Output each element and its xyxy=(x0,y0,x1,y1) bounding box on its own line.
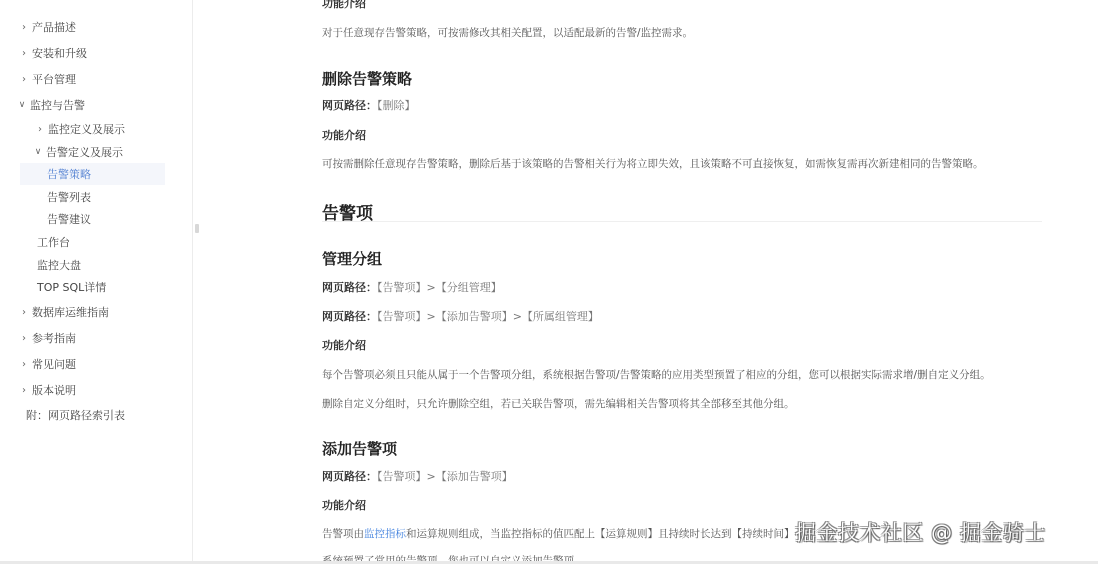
sidebar-item-label: 告警策略 xyxy=(47,166,91,182)
func-intro-label: 功能介绍 xyxy=(322,127,366,143)
sidebar-item-label: 常见问题 xyxy=(32,356,76,372)
sidebar-item-path-index[interactable]: 附：网页路径索引表 xyxy=(26,404,125,426)
web-path-add: 网页路径：【告警项】>【添加告警项】 xyxy=(322,468,513,484)
edit-policy-desc: 对于任意现存告警策略，可按需修改其相关配置，以适配最新的告警/监控需求。 xyxy=(322,25,693,40)
add-item-desc: 告警项由监控指标和运算规则组成，当监控指标的值匹配上【运算规则】且持续时长达到【… xyxy=(322,526,795,541)
sidebar-item-ref-guide[interactable]: › 参考指南 xyxy=(18,327,76,349)
monitor-metric-link[interactable]: 监控指标 xyxy=(364,528,406,540)
group-desc-1: 每个告警项必须且只能从属于一个告警项分组，系统根据告警项/告警策略的应用类型预置… xyxy=(322,367,991,382)
watermark-text: 掘金技术社区 @ 掘金骑士 xyxy=(795,517,1046,547)
chevron-right-icon: › xyxy=(18,359,30,370)
sidebar-item-label: 告警列表 xyxy=(47,189,91,205)
sidebar-resize-handle[interactable] xyxy=(195,224,199,233)
sidebar-item-label: 告警定义及展示 xyxy=(46,144,123,160)
path-value: 【告警项】>【分组管理】 xyxy=(377,281,502,294)
add-alert-item-heading: 添加告警项 xyxy=(322,438,397,459)
sidebar-item-label: 监控与告警 xyxy=(30,97,85,113)
chevron-right-icon: › xyxy=(34,124,46,135)
sidebar-item-label: 监控定义及展示 xyxy=(48,121,125,137)
func-intro-label: 功能介绍 xyxy=(322,337,366,353)
sidebar-item-monitor-def[interactable]: › 监控定义及展示 xyxy=(34,118,125,140)
func-intro-label: 功能介绍 xyxy=(322,497,366,513)
delete-policy-heading: 删除告警策略 xyxy=(322,68,412,89)
path-label: 网页路径： xyxy=(322,310,377,323)
chevron-right-icon: › xyxy=(18,307,30,318)
sidebar-item-dashboard[interactable]: 监控大盘 xyxy=(37,254,81,276)
chevron-right-icon: › xyxy=(18,48,30,59)
sidebar-item-platform-mgmt[interactable]: › 平台管理 xyxy=(18,68,76,90)
sidebar-item-label: 产品描述 xyxy=(32,19,76,35)
path-label: 网页路径： xyxy=(322,470,377,483)
sidebar-item-db-ops[interactable]: › 数据库运维指南 xyxy=(18,301,109,323)
chevron-down-icon: ∨ xyxy=(16,100,28,110)
sidebar-item-alert-def[interactable]: ∨ 告警定义及展示 xyxy=(32,141,123,163)
web-path-delete: 网页路径：【删除】 xyxy=(322,97,416,113)
chevron-right-icon: › xyxy=(18,385,30,396)
sidebar-item-product-desc[interactable]: › 产品描述 xyxy=(18,16,76,38)
desc-text: 告警项由 xyxy=(322,528,364,540)
chevron-down-icon: ∨ xyxy=(32,147,44,157)
func-intro-label: 功能介绍 xyxy=(322,0,366,11)
sidebar-item-label: 安装和升级 xyxy=(32,45,87,61)
path-label: 网页路径： xyxy=(322,99,377,112)
path-value: 【删除】 xyxy=(377,99,416,112)
sidebar-item-label: 工作台 xyxy=(37,234,70,250)
sidebar-item-monitor-alert[interactable]: ∨ 监控与告警 xyxy=(16,94,85,116)
sidebar-item-label: 附：网页路径索引表 xyxy=(26,407,125,423)
manage-group-heading: 管理分组 xyxy=(322,248,382,269)
sidebar-item-label: 监控大盘 xyxy=(37,257,81,273)
sidebar-item-alert-list[interactable]: 告警列表 xyxy=(47,186,91,208)
sidebar-item-alert-policy[interactable]: 告警策略 xyxy=(20,163,165,185)
group-desc-2: 删除自定义分组时，只允许删除空组，若已关联告警项，需先编辑相关告警项将其全部移至… xyxy=(322,396,795,411)
sidebar-item-label: 告警建议 xyxy=(47,211,91,227)
chevron-right-icon: › xyxy=(18,22,30,33)
sidebar-item-label: 平台管理 xyxy=(32,71,76,87)
web-path-group-1: 网页路径：【告警项】>【分组管理】 xyxy=(322,279,502,295)
web-path-group-2: 网页路径：【告警项】>【添加告警项】>【所属组管理】 xyxy=(322,308,599,324)
sidebar-nav: › 产品描述 › 安装和升级 › 平台管理 ∨ 监控与告警 › 监控定义及展示 … xyxy=(0,0,193,564)
sidebar-item-install-upgrade[interactable]: › 安装和升级 xyxy=(18,42,87,64)
path-value: 【告警项】>【添加告警项】 xyxy=(377,470,513,483)
section-divider xyxy=(322,221,1042,222)
sidebar-item-top-sql[interactable]: TOP SQL详情 xyxy=(37,276,106,298)
path-label: 网页路径： xyxy=(322,281,377,294)
sidebar-item-label: 数据库运维指南 xyxy=(32,304,109,320)
path-value: 【告警项】>【添加告警项】>【所属组管理】 xyxy=(377,310,599,323)
chevron-right-icon: › xyxy=(18,333,30,344)
sidebar-item-alert-suggest[interactable]: 告警建议 xyxy=(47,208,91,230)
delete-policy-desc: 可按需删除任意现存告警策略，删除后基于该策略的告警相关行为将立即失效，且该策略不… xyxy=(322,156,984,171)
sidebar-item-workbench[interactable]: 工作台 xyxy=(37,231,70,253)
sidebar-item-label: 参考指南 xyxy=(32,330,76,346)
sidebar-item-faq[interactable]: › 常见问题 xyxy=(18,353,76,375)
sidebar-item-label: TOP SQL详情 xyxy=(37,279,106,295)
desc-text: 和运算规则组成，当监控指标的值匹配上【运算规则】且持续时长达到【持续时间】 xyxy=(406,528,795,540)
sidebar-item-label: 版本说明 xyxy=(32,382,76,398)
sidebar-item-release-notes[interactable]: › 版本说明 xyxy=(18,379,76,401)
chevron-right-icon: › xyxy=(18,74,30,85)
